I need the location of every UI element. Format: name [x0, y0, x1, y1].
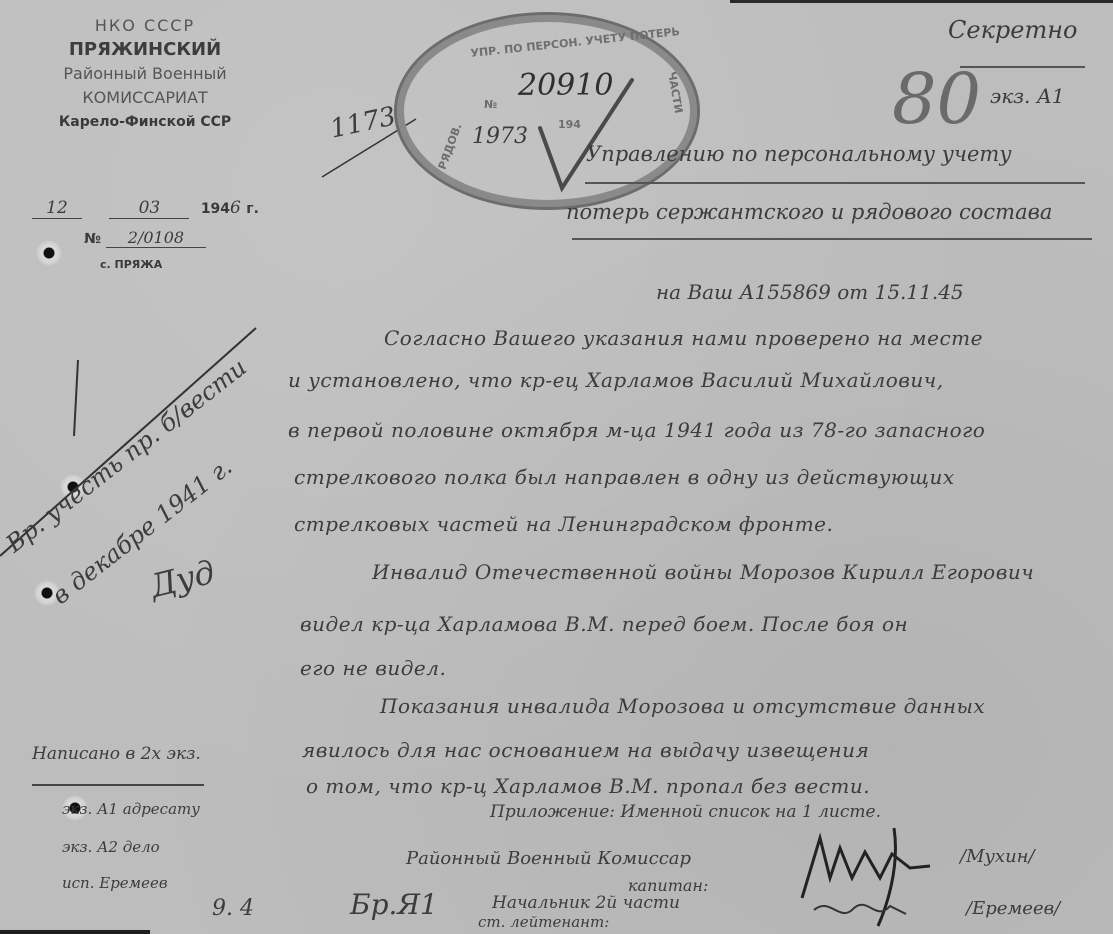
commissariat-header-stamp: НКО СССР ПРЯЖИНСКИЙ Районный Военный КОМ…	[20, 14, 270, 134]
copy-note-a1: экз. А1 адресату	[62, 800, 200, 818]
copy-number: экз. А1	[990, 84, 1065, 108]
executor-note: исп. Еремеев	[62, 874, 168, 892]
margin-initials: Дуд	[146, 553, 218, 606]
stamp-line-nko: НКО СССР	[20, 14, 270, 38]
pencil-mark: 80	[892, 58, 981, 140]
archival-document-page: НКО СССР ПРЯЖИНСКИЙ Районный Военный КОМ…	[0, 0, 1113, 934]
body-line: и установлено, что кр-ец Харламов Васили…	[288, 368, 944, 392]
stamp-number-label: №	[84, 231, 101, 247]
chief-name: /Еремеев/	[966, 898, 1060, 919]
scan-edge-top	[730, 0, 1113, 3]
chief-signature	[810, 890, 930, 930]
oval-stamp-mid-text: №	[484, 98, 497, 111]
copies-underline	[32, 784, 204, 786]
body-line: Показания инвалида Морозова и отсутствие…	[380, 694, 985, 718]
body-line: Инвалид Отечественной войны Морозов Кири…	[372, 560, 1034, 584]
stamp-date-month: 03	[109, 198, 189, 219]
stamp-line-commissariat: КОМИССАРИАТ	[20, 86, 270, 110]
addressee-line-2: потерь сержантского и рядового состава	[566, 200, 1052, 224]
reference-line: на Ваш А155869 от 15.11.45	[656, 280, 964, 304]
stamp-date-year-suffix: г.	[246, 201, 259, 217]
body-line: в первой половине октября м-ца 1941 года…	[288, 418, 985, 442]
stamp-line-raion: Районный Военный	[20, 62, 270, 86]
punch-hole	[36, 240, 62, 266]
stamp-date-year-hand: 6	[230, 198, 241, 218]
classification-label: Секретно	[948, 16, 1077, 44]
stamp-date-year-prefix: 194	[201, 201, 230, 217]
stamp-date-day: 12	[32, 198, 82, 219]
stamp-date: 12 03 1946 г.	[32, 198, 259, 219]
body-line: Согласно Вашего указания нами проверено …	[384, 326, 983, 350]
body-line: его не видел.	[300, 656, 446, 680]
stamp-line-district: ПРЯЖИНСКИЙ	[20, 38, 270, 62]
copies-note: Написано в 2х экз.	[32, 744, 201, 764]
stamp-line-republic: Карело-Финской ССР	[20, 110, 270, 134]
footer-initials: Бр.Я1	[350, 888, 438, 921]
footer-code: 9. 4	[212, 896, 254, 921]
body-line: стрелковых частей на Ленинградском фронт…	[294, 512, 833, 536]
stamp-number: № 2/0108	[84, 228, 206, 248]
body-line: видел кр-ца Харламова В.М. перед боем. П…	[300, 612, 908, 636]
check-mark-icon	[520, 70, 640, 200]
addressee-underline-1	[585, 182, 1085, 184]
chief-rank: ст. лейтенант:	[478, 913, 609, 931]
chief-title: Начальник 2й части	[492, 893, 680, 913]
scan-edge-bottom	[0, 930, 150, 934]
addressee-line-1: Управлению по персональному учету	[586, 142, 1012, 166]
stamp-number-value: 2/0108	[106, 228, 206, 248]
addressee-underline-2	[572, 238, 1092, 240]
commissar-title: Районный Военный Комиссар	[406, 848, 691, 869]
body-line: стрелкового полка был направлен в одну и…	[294, 465, 955, 489]
copy-note-a2: экз. А2 дело	[62, 838, 160, 856]
commissar-name: /Мухин/	[960, 846, 1035, 867]
body-line: явилось для нас основанием на выдачу изв…	[302, 738, 869, 762]
stamp-village: с. ПРЯЖА	[100, 258, 162, 271]
body-line: о том, что кр-ц Харламов В.М. пропал без…	[306, 774, 870, 798]
